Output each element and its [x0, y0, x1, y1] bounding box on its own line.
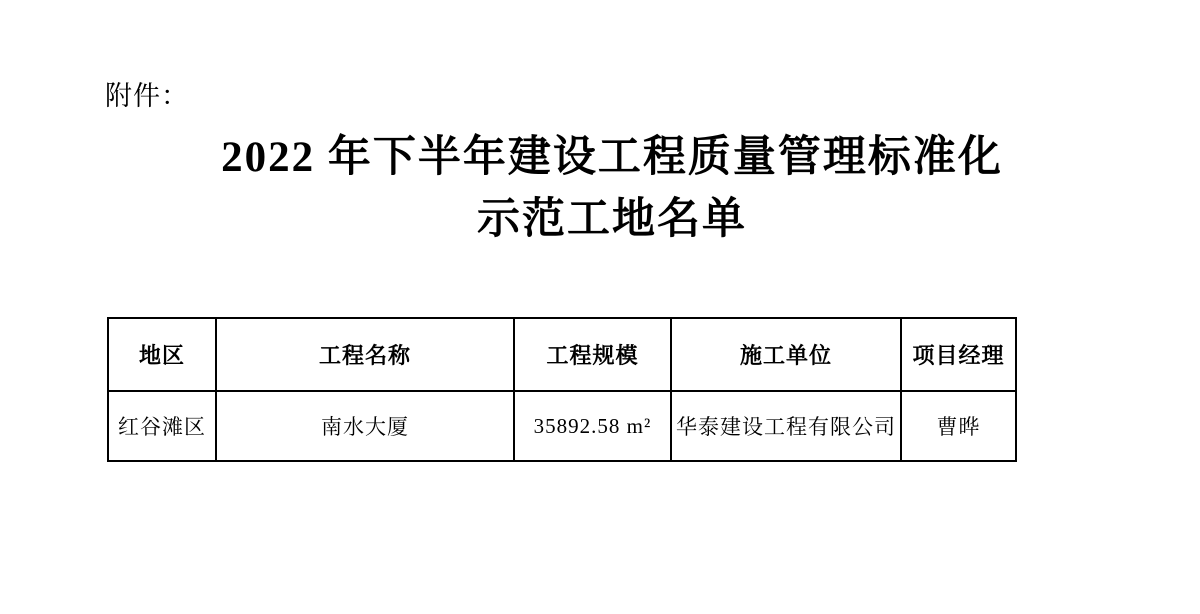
table-row: 红谷滩区 南水大厦 35892.58 m² 华泰建设工程有限公司 曹晔: [108, 391, 1016, 461]
cell-project-name: 南水大厦: [216, 391, 514, 461]
header-cell-project-scale: 工程规模: [514, 318, 671, 391]
cell-construction-unit: 华泰建设工程有限公司: [671, 391, 901, 461]
header-cell-region: 地区: [108, 318, 216, 391]
header-cell-project-name: 工程名称: [216, 318, 514, 391]
document-page: 附件： 2022 年下半年建设工程质量管理标准化 示范工地名单 地区 工程名称 …: [0, 0, 1200, 614]
title-line-2: 示范工地名单: [0, 189, 1200, 251]
cell-project-scale: 35892.58 m²: [514, 391, 671, 461]
table-header-row: 地区 工程名称 工程规模 施工单位 项目经理: [108, 318, 1016, 391]
cell-region: 红谷滩区: [108, 391, 216, 461]
document-title: 2022 年下半年建设工程质量管理标准化 示范工地名单: [0, 127, 1200, 251]
attachment-label: 附件：: [105, 74, 189, 113]
demonstration-sites-table: 地区 工程名称 工程规模 施工单位 项目经理 红谷滩区 南水大厦 35892.5…: [107, 317, 1017, 462]
header-cell-project-manager: 项目经理: [901, 318, 1016, 391]
header-cell-construction-unit: 施工单位: [671, 318, 901, 391]
title-line-1: 2022 年下半年建设工程质量管理标准化: [0, 127, 1200, 189]
cell-project-manager: 曹晔: [901, 391, 1016, 461]
